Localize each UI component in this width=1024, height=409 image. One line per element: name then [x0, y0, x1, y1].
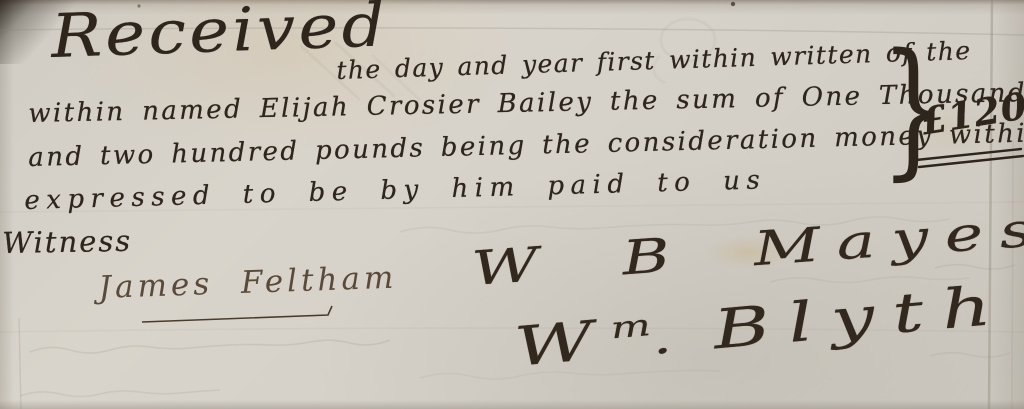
witness-signature-underline	[142, 306, 332, 322]
body-line-3: and two hundred pounds being the conside…	[28, 118, 1024, 173]
signature-2-dot: .	[650, 313, 674, 365]
body-line-1: the day and year first within written of…	[336, 36, 972, 85]
witness-label: Witness	[2, 224, 132, 260]
receipt-document: Received the day and year first within w…	[0, 0, 1024, 409]
body-line-4: expressed to be by him paid to us	[24, 165, 767, 216]
witness-signature: James Feltham	[98, 260, 398, 306]
signature-2-superscript: m	[609, 308, 652, 346]
signature-2-surname: Blyth	[711, 273, 1012, 362]
signature-2-initial: W	[512, 308, 614, 379]
